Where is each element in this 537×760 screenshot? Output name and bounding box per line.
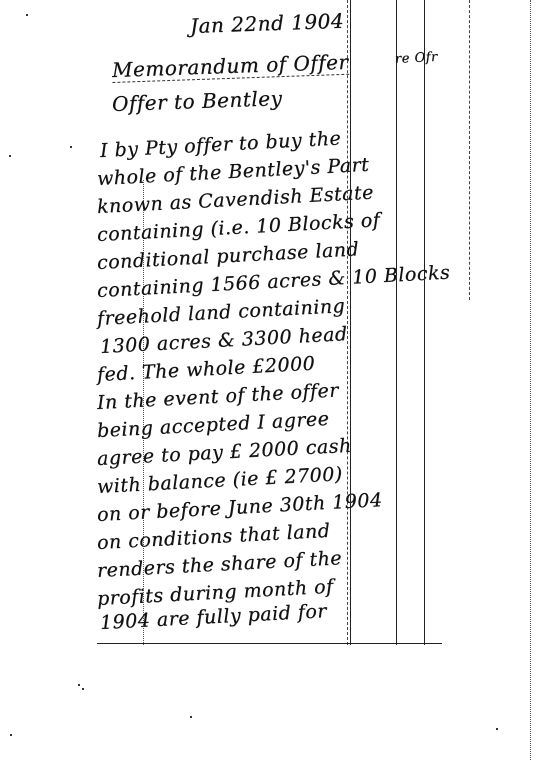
scan-speck: [26, 14, 28, 16]
scan-speck: [70, 146, 72, 148]
column-rule-3: [396, 0, 397, 645]
body-line-circled: fed. The whole £2000: [96, 353, 315, 386]
page-edge-rule: [530, 0, 531, 760]
scan-speck: [78, 684, 80, 686]
scan-speck: [190, 716, 192, 718]
heading-margin-note: re Ofr: [395, 50, 438, 67]
bottom-rule: [97, 643, 442, 644]
column-rule-1: [347, 0, 348, 645]
column-rule-4: [424, 0, 425, 645]
scan-speck: [496, 728, 498, 730]
heading-line-1: Memorandum of Offer: [112, 50, 349, 83]
column-rule-2: [350, 0, 351, 645]
scanned-document-page: Jan 22nd 1904 Memorandum of Offer re Ofr…: [0, 0, 537, 760]
scan-speck: [82, 688, 84, 690]
document-date: Jan 22nd 1904: [190, 9, 345, 38]
scan-speck: [9, 155, 11, 157]
scan-speck: [10, 734, 12, 736]
heading-line-2: Offer to Bentley: [112, 86, 283, 116]
column-rule-5: [469, 0, 470, 300]
